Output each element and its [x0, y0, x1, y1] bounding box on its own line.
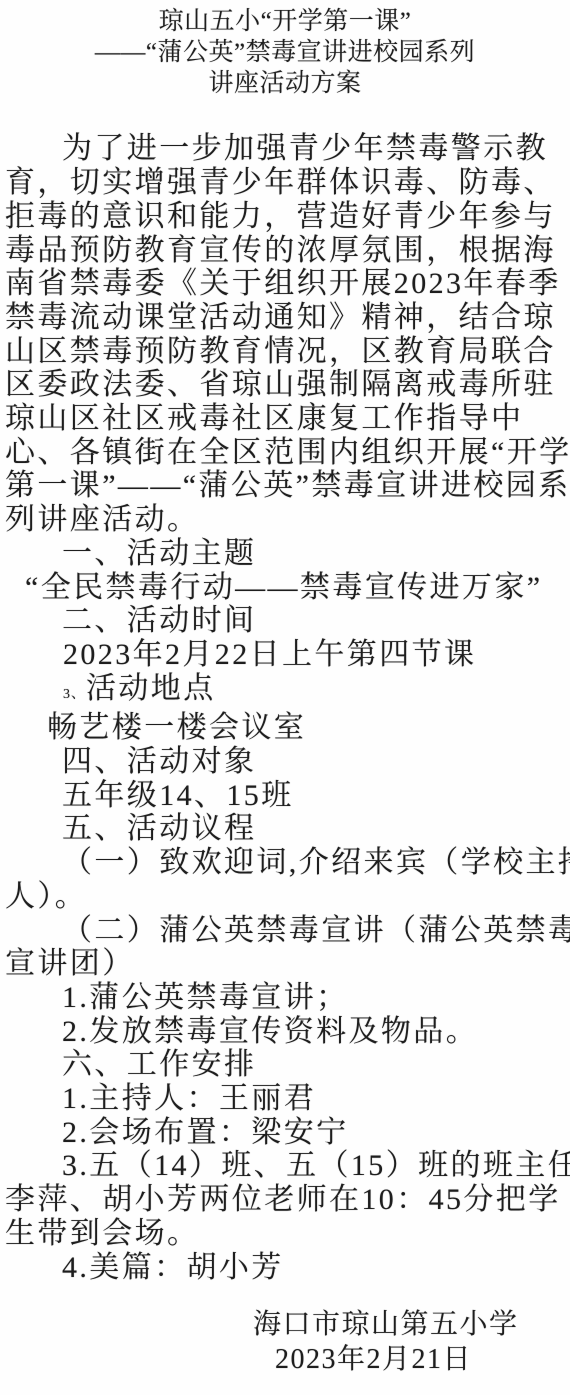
- text-line: 列讲座活动。: [5, 503, 565, 537]
- text-line: 四、活动对象: [5, 745, 565, 779]
- text-line: 山区禁毒预防教育情况，区教育局联合: [5, 335, 565, 369]
- text-line: 3、活动地点: [5, 672, 565, 712]
- signature-block: 海口市琼山第五小学 2023年2月21日: [0, 1308, 570, 1377]
- text-line: 1.主持人：王丽君: [5, 1082, 565, 1116]
- document-page: 琼山五小“开学第一课” ——“蒲公英”禁毒宣讲进校园系列 讲座活动方案 为了进一…: [0, 0, 570, 1395]
- text-line: 一、活动主题: [5, 537, 565, 571]
- document-body: 为了进一步加强青少年禁毒警示教育，切实增强青少年群体识毒、防毒、拒毒的意识和能力…: [0, 132, 570, 1284]
- signature-school: 海口市琼山第五小学: [0, 1308, 570, 1343]
- text-line: 禁毒流动课堂活动通知》精神，结合琼: [5, 301, 565, 335]
- text-line: 南省禁毒委《关于组织开展2023年春季: [5, 267, 565, 301]
- signature-date: 2023年2月21日: [0, 1343, 570, 1378]
- text-line: 3.五（14）班、五（15）班的班主任: [5, 1149, 565, 1183]
- text-line: 琼山区社区戒毒社区康复工作指导中: [5, 402, 565, 436]
- text-line: 心、各镇街在全区范围内组织开展“开学: [5, 436, 565, 470]
- text-line: 区委政法委、省琼山强制隔离戒毒所驻: [5, 368, 565, 402]
- text-line: 宣讲团）: [5, 947, 565, 981]
- text-line: 李萍、胡小芳两位老师在10：45分把学: [5, 1183, 565, 1217]
- text-line: 五年级14、15班: [5, 779, 565, 813]
- small-list-number: 3、: [63, 687, 86, 702]
- text-line: “全民禁毒行动——禁毒宣传进万家”: [5, 571, 565, 605]
- text-line: 毒品预防教育宣传的浓厚氛围，根据海: [5, 234, 565, 268]
- text-line: 第一课”——“蒲公英”禁毒宣讲进校园系: [5, 469, 565, 503]
- text-line: 六、工作安排: [5, 1048, 565, 1082]
- text-line: 生带到会场。: [5, 1217, 565, 1251]
- text-line: （一）致欢迎词,介绍来宾（学校主持: [5, 846, 565, 880]
- title-line: 琼山五小“开学第一课”: [0, 7, 570, 38]
- text-line: 为了进一步加强青少年禁毒警示教: [5, 132, 565, 166]
- title-line: 讲座活动方案: [0, 69, 570, 100]
- text-line: 2023年2月22日上午第四节课: [5, 638, 565, 672]
- text-line: 2.会场布置：梁安宁: [5, 1116, 565, 1150]
- text-line: 拒毒的意识和能力，营造好青少年参与: [5, 200, 565, 234]
- text-line: 五、活动议程: [5, 812, 565, 846]
- text-line: 2.发放禁毒宣传资料及物品。: [5, 1015, 565, 1049]
- document-title: 琼山五小“开学第一课” ——“蒲公英”禁毒宣讲进校园系列 讲座活动方案: [0, 0, 570, 99]
- title-line: ——“蒲公英”禁毒宣讲进校园系列: [0, 38, 570, 69]
- text-line: 4.美篇：胡小芳: [5, 1251, 565, 1285]
- text-line: 人）。: [5, 880, 565, 914]
- text-line: 育，切实增强青少年群体识毒、防毒、: [5, 166, 565, 200]
- text-line: 畅艺楼一楼会议室: [5, 711, 565, 745]
- text-line: 1.蒲公英禁毒宣讲；: [5, 981, 565, 1015]
- text-line: 二、活动时间: [5, 604, 565, 638]
- text-line: （二）蒲公英禁毒宣讲（蒲公英禁毒: [5, 914, 565, 948]
